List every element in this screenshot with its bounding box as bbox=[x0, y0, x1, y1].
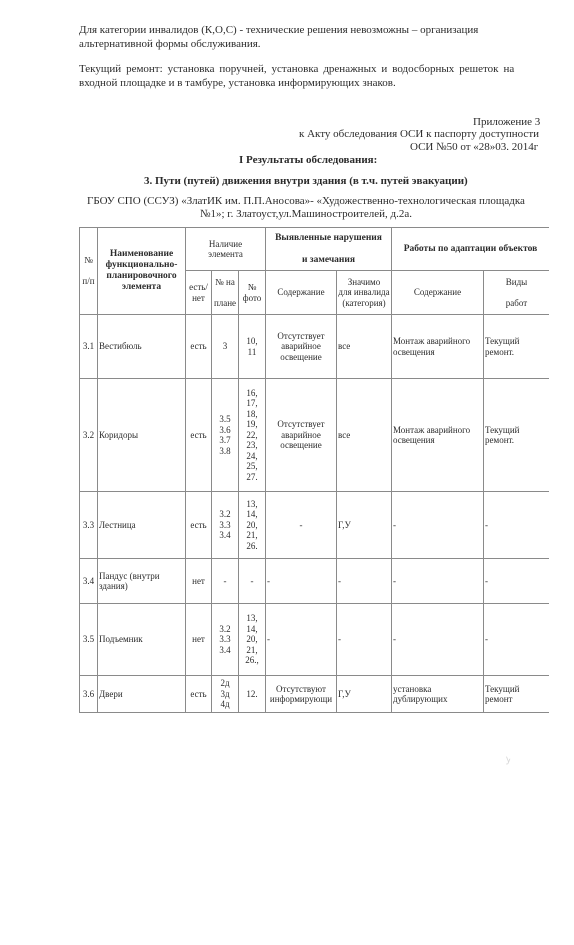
paths-table: № п/пНаименование функционально-планиров… bbox=[79, 227, 549, 713]
row-work-type: Текущий ремонт. bbox=[483, 314, 549, 378]
header-num: № п/п bbox=[79, 227, 97, 314]
row-significance: Г,У bbox=[336, 675, 391, 712]
header-plan-number: № на плане bbox=[211, 270, 238, 314]
header-violation-content: Содержание bbox=[265, 270, 336, 314]
row-plan-number: 3.5 3.6 3.7 3.8 bbox=[211, 378, 238, 491]
header-photo-number: № фото bbox=[238, 270, 265, 314]
row-element-name: Лестница bbox=[97, 491, 185, 558]
row-work-content: - bbox=[391, 558, 483, 603]
results-heading: I Результаты обследования: bbox=[239, 154, 377, 167]
header-work-content: Содержание bbox=[391, 270, 483, 314]
table-bottom-border bbox=[79, 712, 549, 713]
row-violation: Отсутствует аварийное освещение bbox=[265, 314, 336, 378]
header-violations-group: Выявленные нарушения и замечания bbox=[265, 227, 391, 270]
repair-line-1: Текущий ремонт: установка поручней, уста… bbox=[79, 63, 569, 76]
row-element-name: Подъемник bbox=[97, 603, 185, 675]
row-work-content: Монтаж аварийного освещения bbox=[391, 378, 483, 491]
row-photo-number: 13, 14, 20, 21, 26. bbox=[238, 491, 265, 558]
row-work-type: Текущий ремонт. bbox=[483, 378, 549, 491]
row-plan-number: - bbox=[211, 558, 238, 603]
repair-line-2: входной площадке и в тамбуре, установка … bbox=[79, 77, 396, 90]
row-element-name: Коридоры bbox=[97, 378, 185, 491]
row-element-name: Двери bbox=[97, 675, 185, 712]
row-significance: - bbox=[336, 558, 391, 603]
row-element-name: Пандус (внутри здания) bbox=[97, 558, 185, 603]
header-work-type: Виды работ bbox=[483, 270, 549, 314]
row-element-name: Вестибюль bbox=[97, 314, 185, 378]
row-plan-number: 3.2 3.3 3.4 bbox=[211, 603, 238, 675]
row-violation: - bbox=[265, 603, 336, 675]
organization-line-2: №1»; г. Златоуст,ул.Машиностроителей, д.… bbox=[200, 208, 412, 221]
row-exists: есть bbox=[185, 378, 211, 491]
row-work-content: Монтаж аварийного освещения bbox=[391, 314, 483, 378]
row-significance: все bbox=[336, 378, 391, 491]
row-significance: Г,У bbox=[336, 491, 391, 558]
header-significance: Значимо для инвалида (категория) bbox=[336, 270, 391, 314]
row-photo-number: 13, 14, 20, 21, 26., bbox=[238, 603, 265, 675]
row-work-type: - bbox=[483, 558, 549, 603]
intro-line-2: альтернативной формы обслуживания. bbox=[79, 38, 261, 51]
section-heading: 3. Пути (путей) движения внутри здания (… bbox=[144, 175, 468, 188]
row-exists: нет bbox=[185, 603, 211, 675]
row-photo-number: - bbox=[238, 558, 265, 603]
header-works-group: Работы по адаптации объектов bbox=[391, 227, 549, 270]
row-num: 3.4 bbox=[79, 558, 97, 603]
row-work-content: - bbox=[391, 603, 483, 675]
row-work-type: Текущий ремонт bbox=[483, 675, 549, 712]
row-photo-number: 10, 11 bbox=[238, 314, 265, 378]
row-photo-number: 16, 17, 18, 19, 22, 23, 24, 25, 27. bbox=[238, 378, 265, 491]
row-violation: - bbox=[265, 491, 336, 558]
scan-artifact: ꭚ bbox=[506, 751, 511, 769]
row-num: 3.2 bbox=[79, 378, 97, 491]
row-significance: все bbox=[336, 314, 391, 378]
row-photo-number: 12. bbox=[238, 675, 265, 712]
header-exists: есть/ нет bbox=[185, 270, 211, 314]
row-violation: Отсутствует аварийное освещение bbox=[265, 378, 336, 491]
organization-line-1: ГБОУ СПО (ССУЗ) «ЗлатИК им. П.П.Аносова»… bbox=[87, 195, 525, 208]
row-num: 3.6 bbox=[79, 675, 97, 712]
row-work-type: - bbox=[483, 603, 549, 675]
header-element-name: Наименование функционально-планировочног… bbox=[97, 227, 185, 314]
row-num: 3.1 bbox=[79, 314, 97, 378]
row-work-content: - bbox=[391, 491, 483, 558]
row-significance: - bbox=[336, 603, 391, 675]
row-work-content: установка дублирующих bbox=[391, 675, 483, 712]
appendix-act-ref: к Акту обследования ОСИ к паспорту досту… bbox=[299, 128, 539, 141]
intro-line-1: Для категории инвалидов (К,О,С) - технич… bbox=[79, 24, 478, 37]
row-plan-number: 3.2 3.3 3.4 bbox=[211, 491, 238, 558]
appendix-osi-ref: ОСИ №50 от «28»03. 2014г bbox=[410, 141, 538, 154]
row-exists: нет bbox=[185, 558, 211, 603]
header-presence-group: Наличие элемента bbox=[185, 227, 265, 270]
row-num: 3.5 bbox=[79, 603, 97, 675]
row-exists: есть bbox=[185, 314, 211, 378]
row-violation: Отсутствуют информирующи bbox=[265, 675, 336, 712]
row-work-type: - bbox=[483, 491, 549, 558]
row-plan-number: 2д 3д 4д bbox=[211, 675, 238, 712]
row-plan-number: 3 bbox=[211, 314, 238, 378]
row-exists: есть bbox=[185, 675, 211, 712]
row-exists: есть bbox=[185, 491, 211, 558]
row-violation: - bbox=[265, 558, 336, 603]
row-num: 3.3 bbox=[79, 491, 97, 558]
